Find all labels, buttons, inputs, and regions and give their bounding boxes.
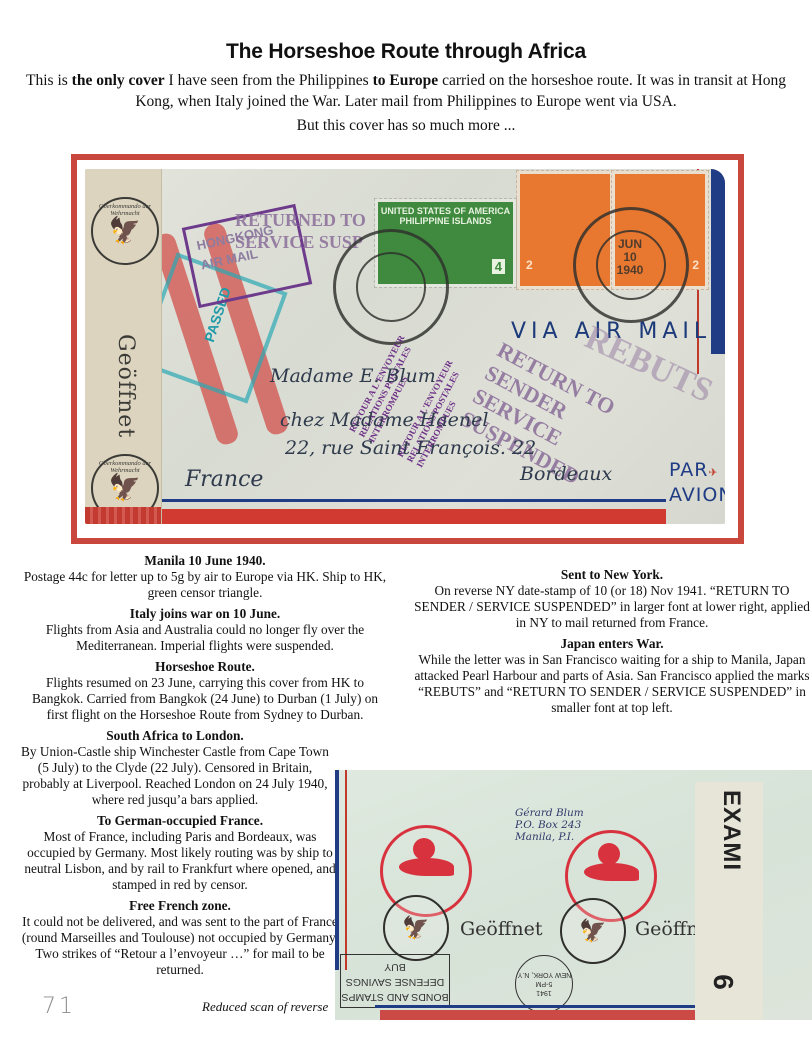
cover-front-frame: PASSED HONGKONG AIR MAIL RETURNED TO SER… <box>71 154 744 544</box>
intro-emphasis: to Europe <box>373 72 439 89</box>
note-body: Postage 44c for letter up to 5g by air t… <box>20 569 390 601</box>
intro-paragraph: This is the only cover I have seen from … <box>20 70 792 112</box>
note-japan: Japan enters War. While the letter was i… <box>412 636 812 716</box>
manila-postmark-dated: JUN 10 1940 <box>573 207 689 323</box>
stamp-value: 2 <box>692 258 699 272</box>
airmail-border-red <box>345 770 347 970</box>
note-body: On reverse NY date-stamp of 10 (or 18) N… <box>412 583 812 631</box>
sub-intro: But this cover has so much more ... <box>0 117 812 135</box>
note-heading: Italy joins war on 10 June. <box>20 606 390 622</box>
sender-line: Gérard Blum <box>515 807 584 819</box>
notes-right-column: Sent to New York. On reverse NY date-sta… <box>412 567 812 721</box>
stamp-value: 4 <box>492 259 505 274</box>
airmail-blue-line <box>375 1005 695 1008</box>
postmark-line: NEW YORK, N.Y. <box>516 971 572 980</box>
stamp-caption: UNITED STATES OF AMERICA <box>378 206 513 216</box>
slogan-line: DEFENSE SAVINGS <box>341 974 449 989</box>
intro-text: I have seen from the Philippines <box>165 72 373 89</box>
note-body: It could not be delivered, and was sent … <box>20 914 340 978</box>
note-heading: To German-occupied France. <box>20 813 340 829</box>
wehrmacht-censor-seal: Oberkommando der Wehrmacht 🦅 <box>91 197 159 265</box>
par-avion-label: PAR✈ AVION <box>669 459 725 506</box>
postmark-line: 1941 <box>516 989 572 998</box>
sender-line: P.O. Box 243 <box>515 819 584 831</box>
cover-reverse-image: 🦅 Geöffnet 🦅 Geöffnet Gérard Blum P.O. B… <box>335 770 812 1020</box>
par-avion-text: AVION <box>669 484 725 506</box>
geoffnet-label: Geöffnet <box>113 334 138 438</box>
note-free-french: Free French zone. It could not be delive… <box>20 898 340 978</box>
cover-front-image: PASSED HONGKONG AIR MAIL RETURNED TO SER… <box>85 169 725 524</box>
eagle-icon: 🦅 <box>579 918 606 944</box>
note-body: By Union-Castle ship Winchester Castle f… <box>20 744 330 808</box>
postmark-line: 5-PM <box>516 980 572 989</box>
note-body: Most of France, including Paris and Bord… <box>20 829 340 893</box>
note-horseshoe: Horseshoe Route. Flights resumed on 23 J… <box>20 659 390 723</box>
sender-line: Manila, P.I. <box>515 831 584 843</box>
seal-ring-text: Oberkommando der Wehrmacht <box>93 203 157 217</box>
note-heading: Free French zone. <box>20 898 340 914</box>
address-line-4: Bordeaux <box>520 463 612 485</box>
address-line-1: Madame E. Blum <box>270 365 436 387</box>
intro-emphasis: the only cover <box>72 72 165 89</box>
note-heading: Sent to New York. <box>412 567 812 583</box>
stamp-value: 2 <box>526 258 533 272</box>
page-number: 71 <box>42 994 76 1019</box>
note-body: Flights resumed on 23 June, carrying thi… <box>20 675 390 723</box>
examiner-number: 6 <box>707 974 739 990</box>
note-body: Flights from Asia and Australia could no… <box>20 622 390 654</box>
intro-text: This is <box>26 72 72 89</box>
german-censor-tape: Oberkommando der Wehrmacht 🦅 Geöffnet Ob… <box>85 169 162 524</box>
airmail-red-band <box>380 1010 695 1020</box>
page-title: The Horseshoe Route through Africa <box>0 40 812 64</box>
rts-small-mark: RETURNED TO SERVICE SUSP <box>235 209 366 253</box>
address-country: France <box>185 467 263 492</box>
note-occupied-france: To German-occupied France. Most of Franc… <box>20 813 340 893</box>
note-heading: Manila 10 June 1940. <box>20 553 390 569</box>
manila-postmark <box>333 229 449 345</box>
airmail-border-blue <box>711 169 725 354</box>
red-censor-edge <box>85 507 161 524</box>
eagle-icon: 🦅 <box>109 475 141 501</box>
note-new-york: Sent to New York. On reverse NY date-sta… <box>412 567 812 631</box>
address-line-3: 22, rue Saint François. 22 <box>285 437 536 459</box>
note-body: While the letter was in San Francisco wa… <box>412 652 812 716</box>
rts-small-line: RETURNED TO <box>235 209 366 231</box>
note-heading: South Africa to London. <box>20 728 330 744</box>
par-avion-text: PAR <box>669 459 708 481</box>
eagle-icon: 🦅 <box>402 915 429 941</box>
defense-savings-slogan: BONDS AND STAMPS DEFENSE SAVINGS BUY <box>340 954 450 1008</box>
wehrmacht-censor-seal: 🦅 <box>560 898 626 964</box>
slogan-line: BUY <box>341 959 449 974</box>
airmail-red-band <box>161 509 666 524</box>
address-line-2: chez Madame Haenel <box>280 409 488 431</box>
examiner-label: EXAMI <box>717 790 745 871</box>
sender-address: Gérard Blum P.O. Box 243 Manila, P.I. <box>515 807 584 843</box>
reverse-caption: Reduced scan of reverse <box>202 999 328 1015</box>
wehrmacht-censor-seal: 🦅 <box>383 895 449 961</box>
stamp-caption: PHILIPPINE ISLANDS <box>378 216 513 226</box>
airmail-border-blue <box>335 770 339 970</box>
airline-logo-icon: ✈ <box>708 466 718 479</box>
note-heading: Japan enters War. <box>412 636 812 652</box>
eagle-icon: 🦅 <box>109 218 141 244</box>
postmark-year: 1940 <box>610 264 650 277</box>
airmail-blue-line <box>161 499 666 502</box>
note-heading: Horseshoe Route. <box>20 659 390 675</box>
seal-ring-text: Oberkommando der Wehrmacht <box>93 460 157 474</box>
slogan-line: BONDS AND STAMPS <box>341 989 449 1004</box>
geoffnet-label: Geöffnet <box>460 918 542 940</box>
note-italy: Italy joins war on 10 June. Flights from… <box>20 606 390 654</box>
note-manila: Manila 10 June 1940. Postage 44c for let… <box>20 553 390 601</box>
